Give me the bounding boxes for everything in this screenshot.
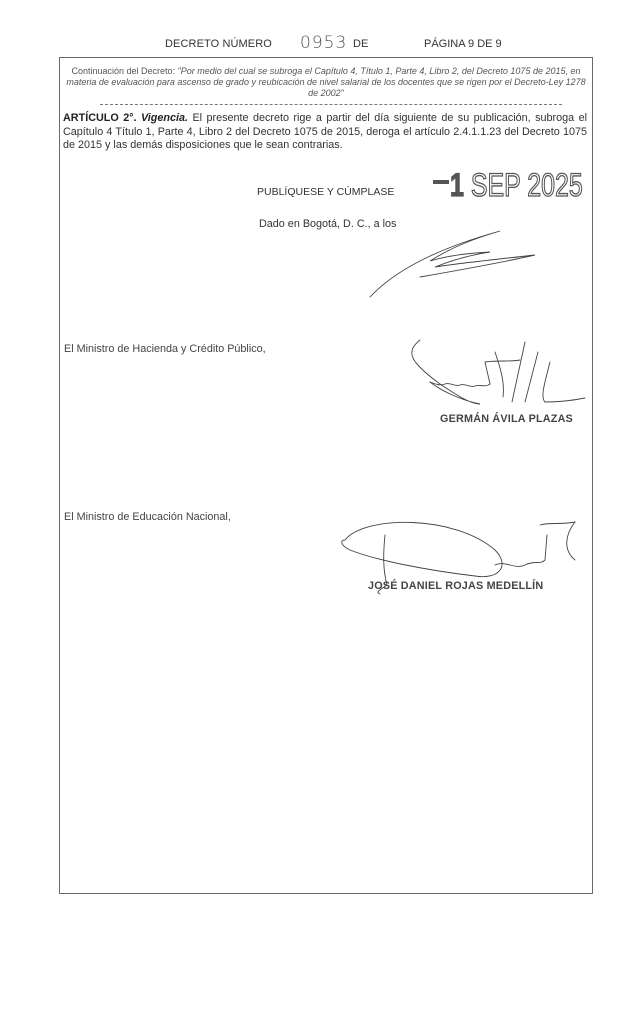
date-stamp: 1 SEP 2025 xyxy=(450,167,583,203)
hacienda-minister-signature xyxy=(400,332,590,412)
decree-number: 0953 xyxy=(300,33,347,53)
de-label: DE xyxy=(353,38,368,50)
signatory-role-hacienda: El Ministro de Hacienda y Crédito Públic… xyxy=(64,343,266,355)
stamp-day: 1 xyxy=(450,167,464,203)
article-2: ARTÍCULO 2°. Vigencia. El presente decre… xyxy=(63,112,587,153)
stamp-mark xyxy=(433,180,449,184)
signatory-name-education: JOSÉ DANIEL ROJAS MEDELLÍN xyxy=(368,580,543,592)
signatory-role-education: El Ministro de Educación Nacional, xyxy=(64,511,231,523)
continuation-prefix: Continuación del Decreto: xyxy=(71,66,177,76)
article-heading: ARTÍCULO 2°. xyxy=(63,112,137,124)
page-header: DECRETO NÚMERO 0953 DE PÁGINA 9 DE 9 xyxy=(0,33,622,53)
presidential-signature xyxy=(360,225,540,305)
stamp-month-year: SEP 2025 xyxy=(471,167,583,203)
signatory-name-hacienda: GERMÁN ÁVILA PLAZAS xyxy=(440,413,573,425)
continuation-note: Continuación del Decreto: "Por medio del… xyxy=(63,66,589,99)
separator-rule xyxy=(100,104,562,105)
publiquese-text: PUBLÍQUESE Y CÚMPLASE xyxy=(257,186,394,198)
page-indicator: PÁGINA 9 DE 9 xyxy=(424,38,502,50)
article-subheading: Vigencia. xyxy=(141,112,188,124)
decree-label: DECRETO NÚMERO xyxy=(165,38,272,50)
